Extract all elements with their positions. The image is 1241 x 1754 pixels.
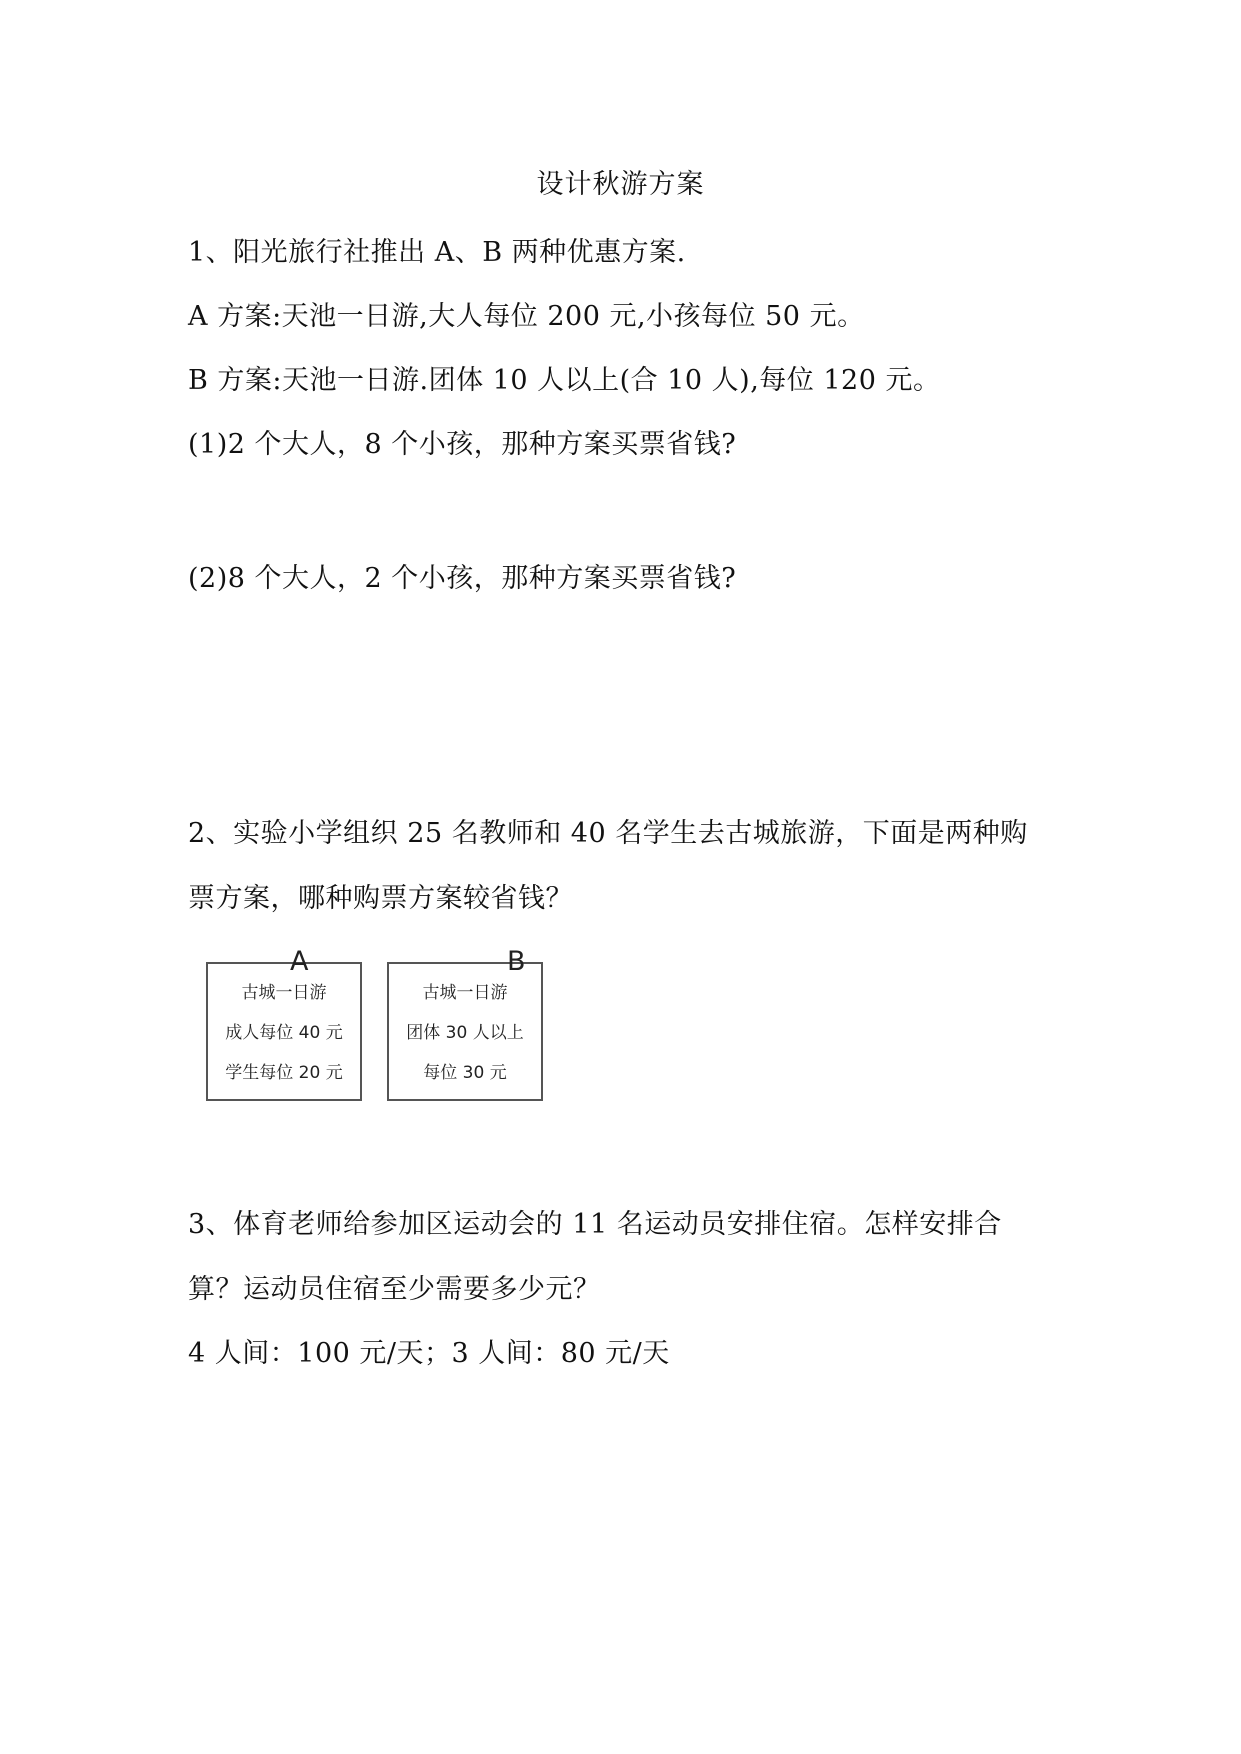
q1-sub-question-1: (1)2 个大人，8 个小孩，那种方案买票省钱? <box>188 428 736 462</box>
q3-line-2: 算？运动员住宿至少需要多少元？ <box>188 1273 601 1307</box>
page-title: 设计秋游方案 <box>0 168 1241 202</box>
q2-line-1: 2、实验小学组织 25 名教师和 40 名学生去古城旅游，下面是两种购 <box>188 817 1028 851</box>
ticket-plan-b-line: 每位 30 元 <box>389 1062 541 1084</box>
ticket-plan-b-line: 团体 30 人以上 <box>389 1022 541 1044</box>
q1-intro: 1、阳光旅行社推出 A、B 两种优惠方案. <box>188 236 686 270</box>
q1-sub-question-2: (2)8 个大人，2 个小孩，那种方案买票省钱? <box>188 562 736 596</box>
ticket-plan-b-label: B <box>507 947 526 977</box>
ticket-plan-b-line: 古城一日游 <box>389 982 541 1004</box>
q2-line-2: 票方案，哪种购票方案较省钱？ <box>188 882 573 916</box>
q3-line-1: 3、体育老师给参加区运动会的 11 名运动员安排住宿。怎样安排合 <box>188 1208 1002 1242</box>
ticket-plan-a-line: 成人每位 40 元 <box>208 1022 360 1044</box>
ticket-plan-b-box: B 古城一日游 团体 30 人以上 每位 30 元 <box>387 962 543 1101</box>
ticket-plan-a-line: 古城一日游 <box>208 982 360 1004</box>
q1-plan-b: B 方案:天池一日游.团体 10 人以上(合 10 人),每位 120 元。 <box>188 364 941 398</box>
ticket-plan-a-line: 学生每位 20 元 <box>208 1062 360 1084</box>
q3-room-prices: 4 人间：100 元/天；3 人间：80 元/天 <box>188 1337 670 1371</box>
ticket-plan-a-box: A 古城一日游 成人每位 40 元 学生每位 20 元 <box>206 962 362 1101</box>
ticket-plan-a-label: A <box>290 947 308 977</box>
q1-plan-a: A 方案:天池一日游,大人每位 200 元,小孩每位 50 元。 <box>188 300 865 334</box>
